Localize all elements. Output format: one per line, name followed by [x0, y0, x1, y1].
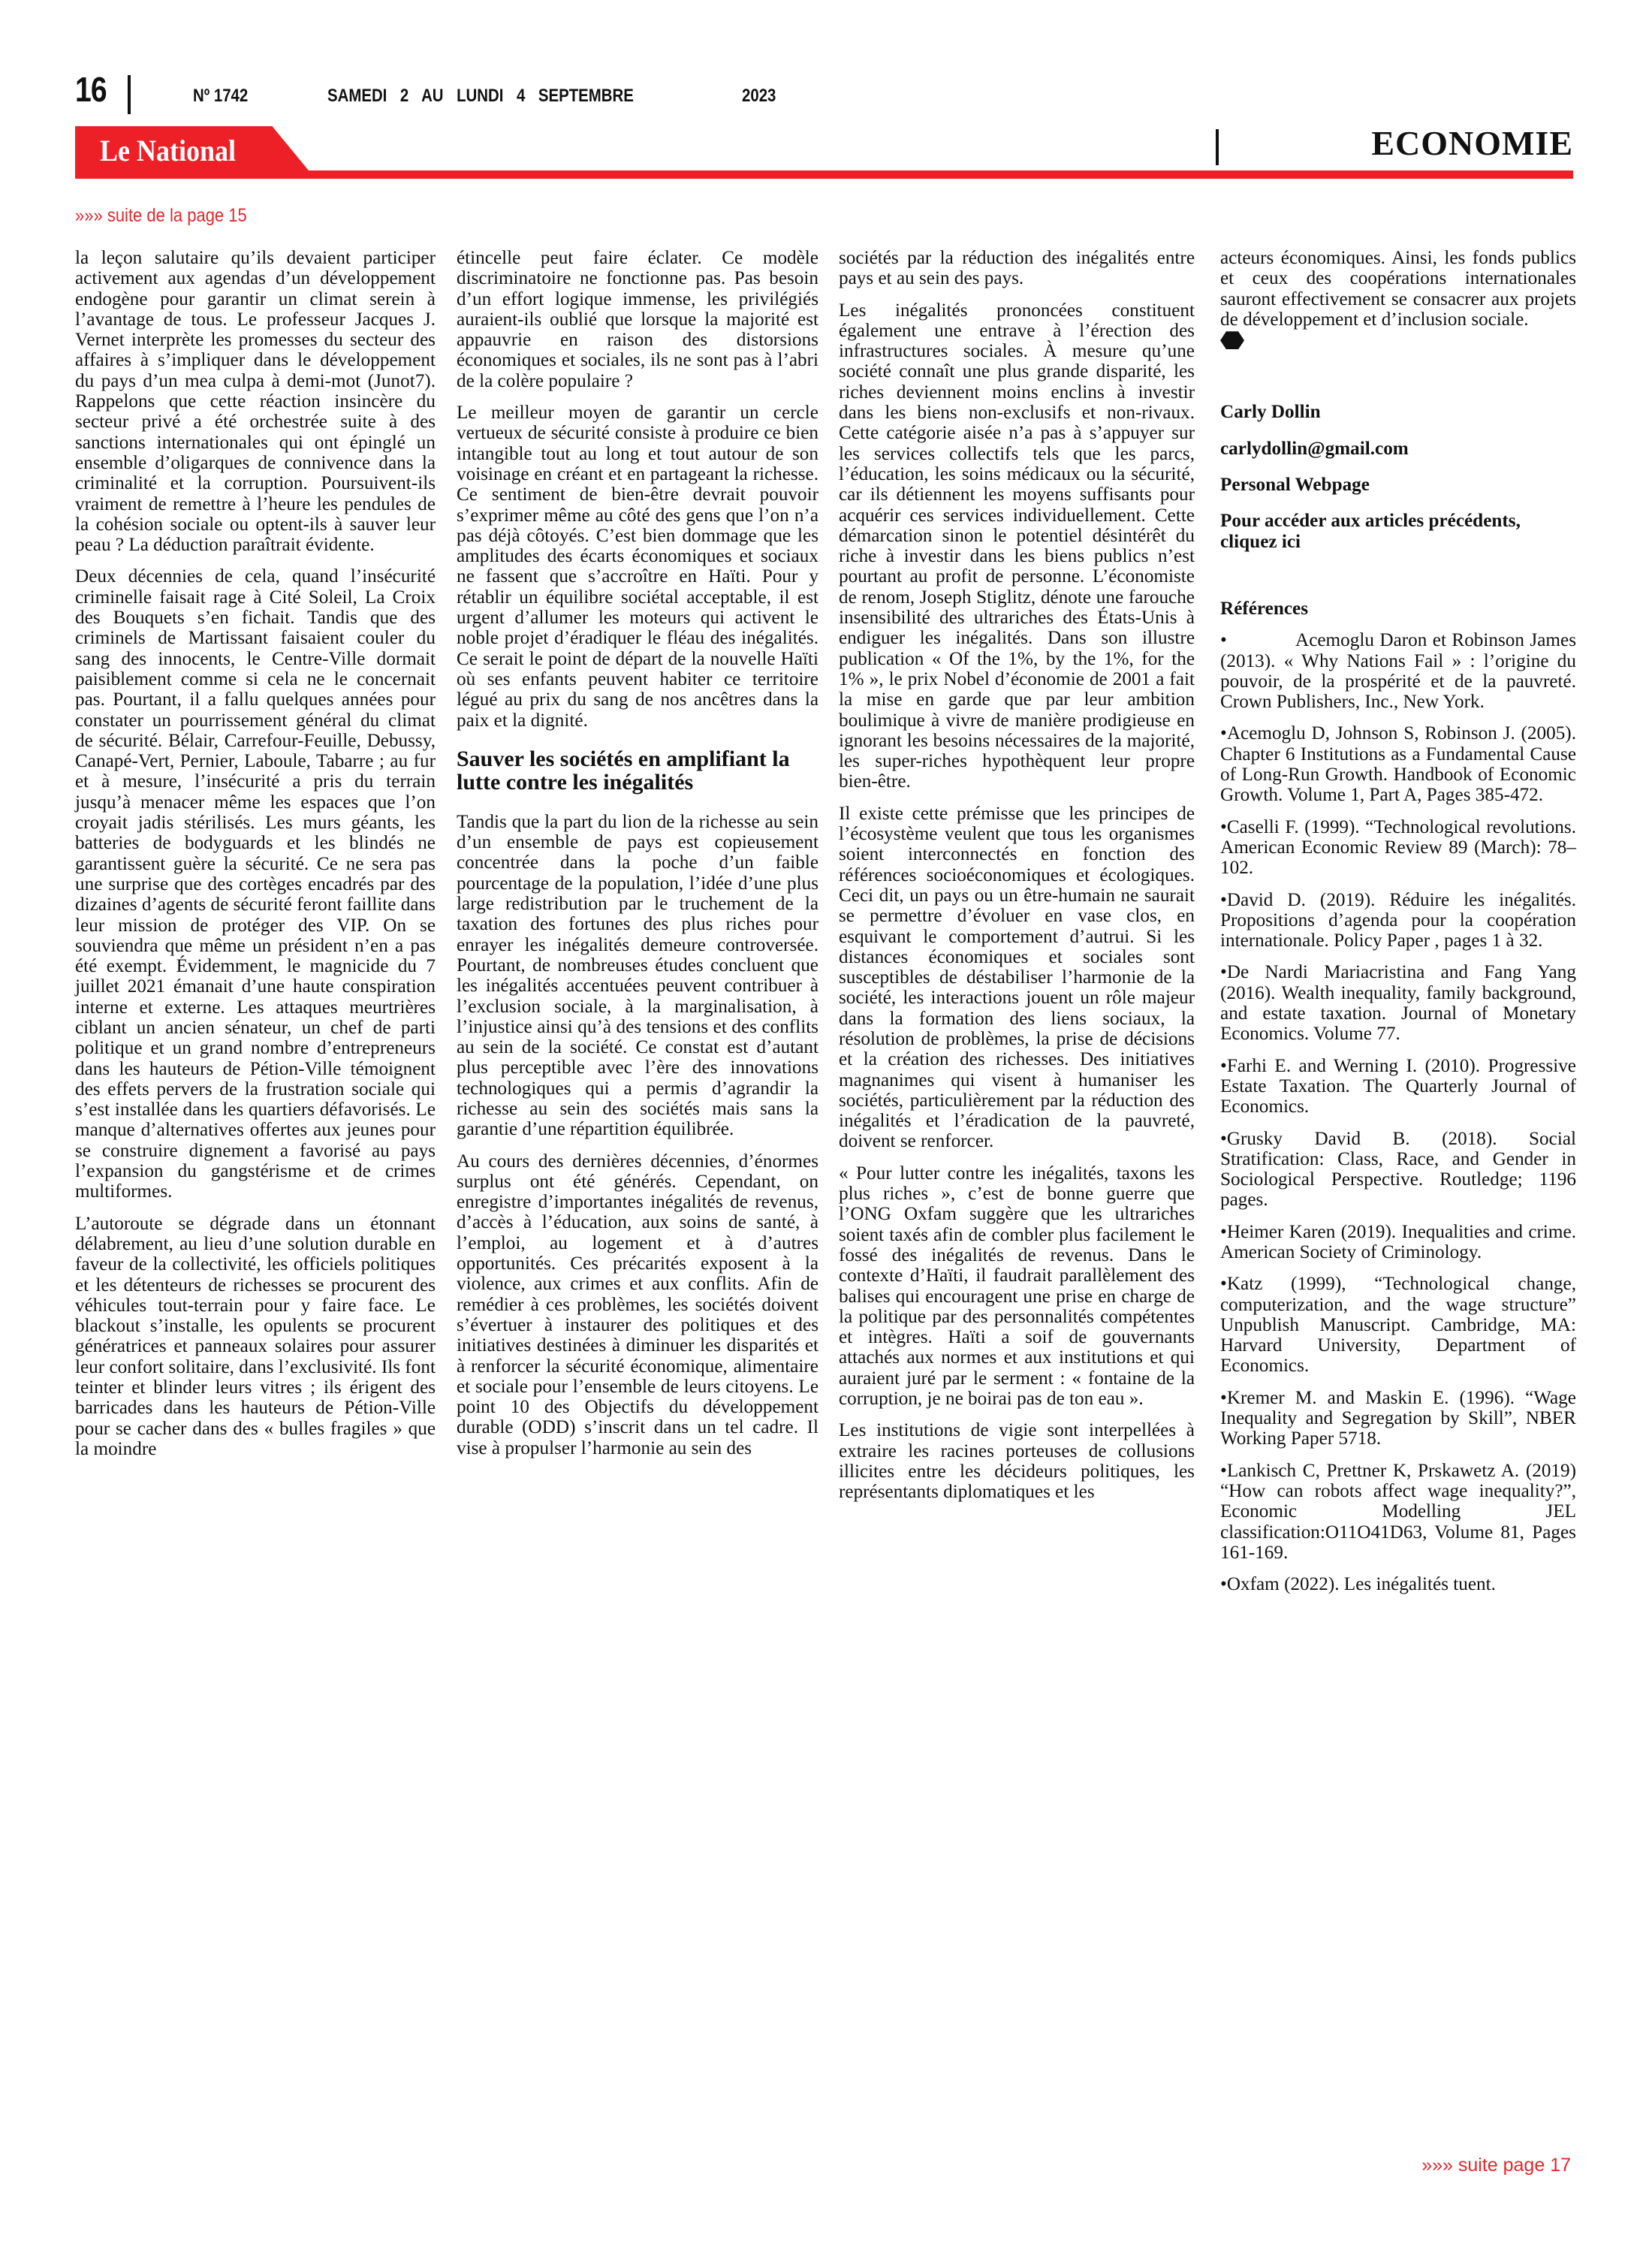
references-list: •Acemoglu Daron et Robinson James (2013)…: [1220, 630, 1576, 1594]
reference-item: •Acemoglu Daron et Robinson James (2013)…: [1220, 630, 1576, 712]
page-number: 16: [75, 71, 107, 108]
paragraph: sociétés par la réduction des inégalités…: [839, 248, 1195, 289]
paragraph: Les institutions de vigie sont interpell…: [839, 1420, 1195, 1502]
bullet-icon: •: [1220, 1461, 1227, 1481]
paragraph: L’autoroute se dégrade dans un étonnant …: [75, 1214, 436, 1460]
bullet-icon: •: [1220, 890, 1227, 910]
author-name: Carly Dollin: [1220, 402, 1576, 422]
reference-item: •Lankisch C, Prettner K, Prskawetz A. (2…: [1220, 1461, 1576, 1563]
article-column-1: la leçon salutaire qu’ils devaient parti…: [75, 248, 436, 1470]
bullet-icon: •: [1220, 1388, 1227, 1408]
paragraph: « Pour lutter contre les inégalités, tax…: [839, 1163, 1195, 1410]
masthead-rule: [75, 170, 1573, 179]
author-block: Carly Dollin carlydollin@gmail.com Perso…: [1220, 402, 1576, 495]
issue-year: 2023: [742, 86, 776, 107]
author-email-link[interactable]: carlydollin@gmail.com: [1220, 439, 1576, 459]
references-heading: Références: [1220, 599, 1576, 619]
paragraph: étincelle peut faire éclater. Ce modèle …: [457, 248, 818, 391]
paragraph: Il existe cette prémisse que les princip…: [839, 804, 1195, 1152]
paragraph: Les inégalités prononcées constituent ég…: [839, 300, 1195, 792]
bullet-icon: •: [1220, 1129, 1227, 1149]
issue-date: SAMEDI 2 AU LUNDI 4 SEPTEMBRE: [327, 86, 634, 107]
reference-item: •Kremer M. and Maskin E. (1996). “Wage I…: [1220, 1388, 1576, 1449]
reference-item: •Heimer Karen (2019). Inequalities and c…: [1220, 1222, 1576, 1263]
reference-item: •Grusky David B. (2018). Social Stratifi…: [1220, 1129, 1576, 1211]
bullet-icon: •: [1220, 1222, 1227, 1242]
reference-item: •De Nardi Mariacristina and Fang Yang (2…: [1220, 962, 1576, 1044]
article-column-3: sociétés par la réduction des inégalités…: [839, 248, 1195, 1514]
section-title: ECONOMIE: [1371, 125, 1573, 162]
reference-item: •David D. (2019). Réduire les inégalités…: [1220, 890, 1576, 952]
reference-item: •Farhi E. and Werning I. (2010). Progres…: [1220, 1056, 1576, 1117]
hexagon-end-mark-icon: [1220, 331, 1244, 349]
bullet-icon: •: [1220, 1574, 1227, 1594]
header-divider: [128, 75, 131, 114]
publication-logo: Le National: [100, 134, 236, 168]
subheading: Sauver les sociétés en amplifiant la lut…: [457, 747, 818, 794]
bullet-icon: •: [1220, 630, 1295, 650]
reference-item: •Katz (1999), “Technological change, com…: [1220, 1274, 1576, 1376]
issue-number: Nº 1742: [193, 86, 248, 107]
bullet-icon: •: [1220, 1056, 1227, 1076]
continued-from-link[interactable]: »»» suite de la page 15: [75, 204, 247, 227]
continued-to-link[interactable]: »»» suite page 17: [1421, 2154, 1571, 2176]
paragraph: la leçon salutaire qu’ils devaient parti…: [75, 248, 436, 555]
bullet-icon: •: [1220, 817, 1227, 837]
paragraph: Au cours des dernières décennies, d’énor…: [457, 1151, 818, 1458]
paragraph: Tandis que la part du lion de la richess…: [457, 812, 818, 1140]
paragraph: acteurs économiques. Ainsi, les fonds pu…: [1220, 248, 1576, 330]
bullet-icon: •: [1220, 1274, 1227, 1294]
bullet-icon: •: [1220, 723, 1227, 743]
bullet-icon: •: [1220, 962, 1227, 982]
reference-item: •Acemoglu D, Johnson S, Robinson J. (200…: [1220, 723, 1576, 805]
article-column-4: acteurs économiques. Ainsi, les fonds pu…: [1220, 248, 1576, 1606]
author-webpage-link[interactable]: Personal Webpage: [1220, 475, 1576, 495]
section-divider: [1216, 129, 1219, 165]
reference-item: •Caselli F. (1999). “Technological revol…: [1220, 817, 1576, 879]
paragraph: Deux décennies de cela, quand l’insécuri…: [75, 566, 436, 1202]
previous-articles-link[interactable]: Pour accéder aux articles précédents, cl…: [1220, 511, 1576, 552]
paragraph: Le meilleur moyen de garantir un cercle …: [457, 403, 818, 731]
article-column-2: étincelle peut faire éclater. Ce modèle …: [457, 248, 818, 1470]
reference-item: •Oxfam (2022). Les inégalités tuent.: [1220, 1574, 1576, 1594]
